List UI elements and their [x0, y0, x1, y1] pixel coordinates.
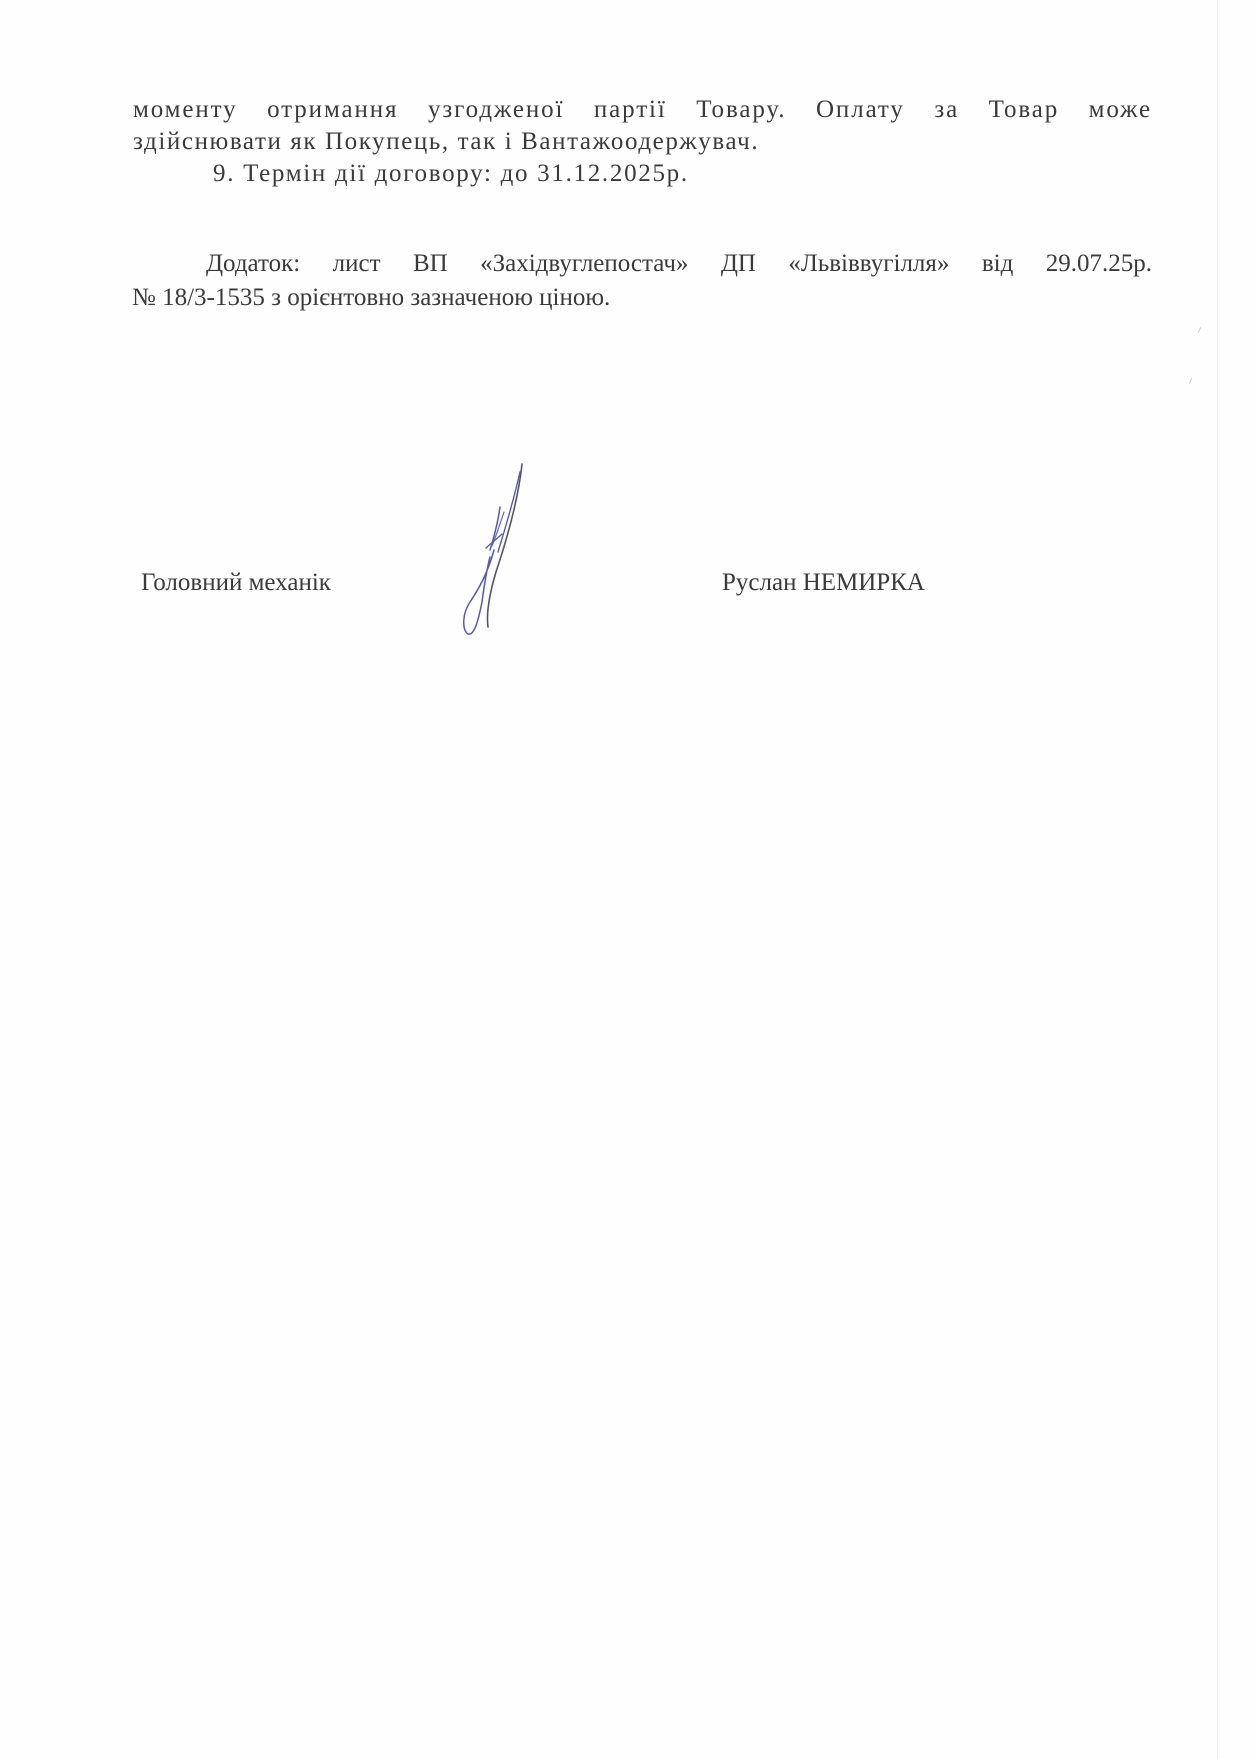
handwritten-signature: [440, 462, 540, 642]
payment-terms-line-1: моменту отримання узгодженої партії Това…: [133, 95, 1152, 125]
document-page: моменту отримання узгодженої партії Това…: [0, 0, 1255, 1759]
payment-terms-line-2: здійснювати як Покупець, так і Вантажоод…: [133, 127, 759, 157]
contract-term-clause: 9. Термін дії договору: до 31.12.2025р.: [213, 159, 689, 189]
scan-fold-line: [1217, 0, 1218, 1759]
appendix-line-1: Додаток: лист ВП «Західвуглепостач» ДП «…: [206, 249, 1152, 279]
appendix-line-2: № 18/3-1535 з орієнтовно зазначеною ціно…: [132, 283, 610, 313]
signer-position-title: Головний механік: [141, 568, 331, 598]
scan-speck: [1189, 378, 1192, 384]
signer-name: Руслан НЕМИРКА: [722, 568, 925, 598]
scan-speck: [1198, 327, 1201, 333]
